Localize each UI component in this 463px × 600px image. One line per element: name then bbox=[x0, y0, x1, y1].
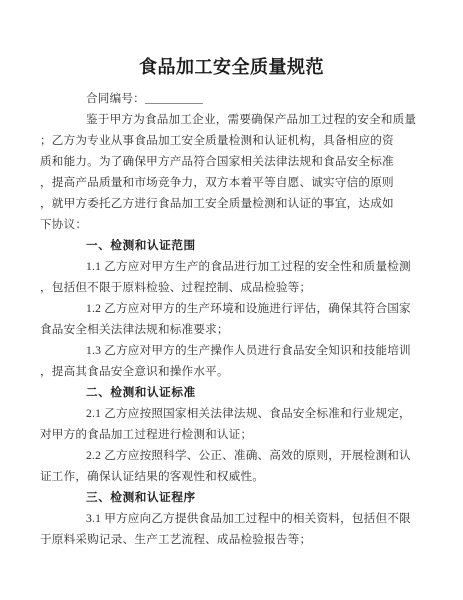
text-line: 下协议： bbox=[40, 214, 400, 235]
section-heading: 一、检测和认证范围 bbox=[40, 235, 400, 256]
section-heading-text: 一、检测和认证范围 bbox=[40, 235, 400, 256]
text-line: ，就甲方委托乙方进行食品加工安全质量检测和认证的事宜，达成如 bbox=[40, 193, 400, 214]
contract-number-line: 合同编号：__________ bbox=[40, 88, 400, 109]
text-line: 于原料采购记录、生产工艺流程、成品检验报告等； bbox=[40, 529, 400, 550]
text-line: 证工作，确保认证结果的客观性和权威性。 bbox=[40, 466, 400, 487]
section-heading-text: 三、检测和认证程序 bbox=[40, 487, 400, 508]
paragraph: 鉴于甲方为食品加工企业，需要确保产品加工过程的安全和质量；乙方为专业从事食品加工… bbox=[40, 109, 400, 235]
text-line: ，提高其食品安全意识和操作水平。 bbox=[40, 361, 400, 382]
contract-number-value: __________ bbox=[145, 92, 203, 105]
section-heading: 三、检测和认证程序 bbox=[40, 487, 400, 508]
document-body: 合同编号：__________ 鉴于甲方为食品加工企业，需要确保产品加工过程的安… bbox=[40, 88, 400, 550]
text-line: 1.3 乙方应对甲方的生产操作人员进行食品安全知识和技能培训 bbox=[40, 340, 400, 361]
contract-document-page: 食品加工安全质量规范 合同编号：__________ 鉴于甲方为食品加工企业，需… bbox=[0, 0, 463, 600]
text-line: 1.1 乙方应对甲方生产的食品进行加工过程的安全性和质量检测 bbox=[40, 256, 400, 277]
document-title: 食品加工安全质量规范 bbox=[0, 0, 463, 80]
text-line: ，提高产品质量和市场竞争力，双方本着平等自愿、诚实守信的原则 bbox=[40, 172, 400, 193]
text-line: ；乙方为专业从事食品加工安全质量检测和认证机构，具备相应的资 bbox=[40, 130, 400, 151]
section-heading: 二、检测和认证标准 bbox=[40, 382, 400, 403]
text-line: 食品安全相关法律法规和标准要求； bbox=[40, 319, 400, 340]
text-line: 3.1 甲方应向乙方提供食品加工过程中的相关资料，包括但不限 bbox=[40, 508, 400, 529]
paragraph: 3.1 甲方应向乙方提供食品加工过程中的相关资料，包括但不限于原料采购记录、生产… bbox=[40, 508, 400, 550]
paragraph: 1.1 乙方应对甲方生产的食品进行加工过程的安全性和质量检测，包括但不限于原料检… bbox=[40, 256, 400, 298]
contract-number-label: 合同编号： bbox=[86, 92, 145, 105]
paragraphs-container: 鉴于甲方为食品加工企业，需要确保产品加工过程的安全和质量；乙方为专业从事食品加工… bbox=[40, 109, 400, 550]
paragraph: 2.1 乙方应按照国家相关法律法规、食品安全标准和行业规定，对甲方的食品加工过程… bbox=[40, 403, 400, 445]
text-line: 1.2 乙方应对甲方的生产环境和设施进行评估，确保其符合国家 bbox=[40, 298, 400, 319]
paragraph: 2.2 乙方应按照科学、公正、准确、高效的原则，开展检测和认证工作，确保认证结果… bbox=[40, 445, 400, 487]
paragraph: 1.2 乙方应对甲方的生产环境和设施进行评估，确保其符合国家食品安全相关法律法规… bbox=[40, 298, 400, 340]
text-line: 对甲方的食品加工过程进行检测和认证； bbox=[40, 424, 400, 445]
text-line: 2.1 乙方应按照国家相关法律法规、食品安全标准和行业规定， bbox=[40, 403, 400, 424]
text-line: 2.2 乙方应按照科学、公正、准确、高效的原则，开展检测和认 bbox=[40, 445, 400, 466]
section-heading-text: 二、检测和认证标准 bbox=[40, 382, 400, 403]
text-line: 质和能力。为了确保甲方产品符合国家相关法律法规和食品安全标准 bbox=[40, 151, 400, 172]
text-line: ，包括但不限于原料检验、过程控制、成品检验等； bbox=[40, 277, 400, 298]
text-line: 鉴于甲方为食品加工企业，需要确保产品加工过程的安全和质量 bbox=[40, 109, 400, 130]
paragraph: 1.3 乙方应对甲方的生产操作人员进行食品安全知识和技能培训，提高其食品安全意识… bbox=[40, 340, 400, 382]
